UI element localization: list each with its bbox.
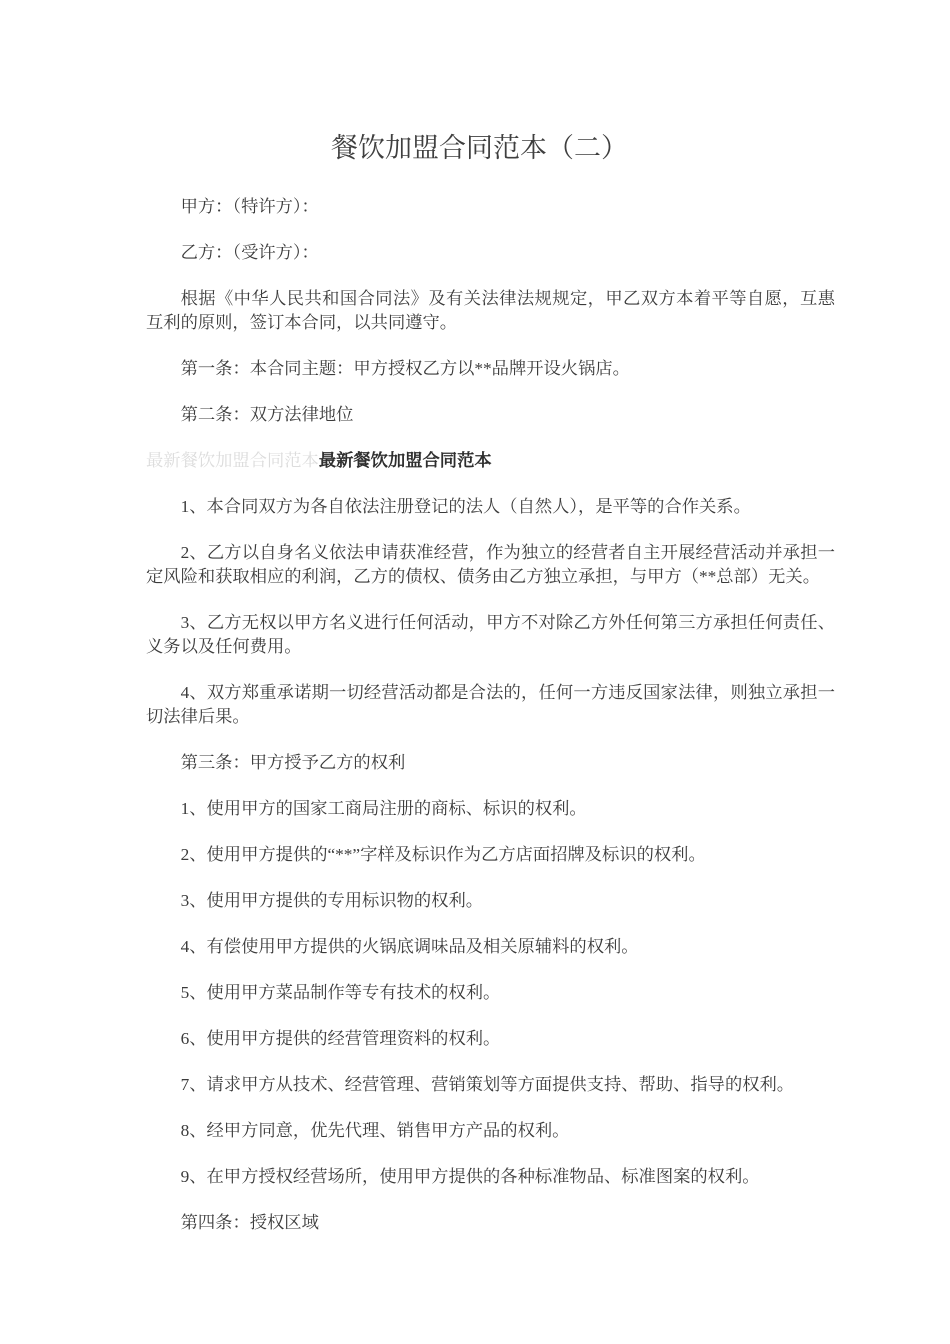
article-1-line: 第一条：本合同主题：甲方授权乙方以**品牌开设火锅店。 [146, 357, 835, 381]
document-content: 餐饮加盟合同范本（二） 甲方：（特许方）： 乙方：（受许方）： 根据《中华人民共… [0, 0, 950, 1235]
article-3-item-6: 6、使用甲方提供的经营管理资料的权利。 [146, 1027, 835, 1051]
contract-title: 餐饮加盟合同范本（二） [135, 131, 824, 166]
article-2-item-3: 3、乙方无权以甲方名义进行任何活动，甲方不对除乙方外任何第三方承担任何责任、义务… [146, 611, 835, 659]
article-3-item-4: 4、有偿使用甲方提供的火锅底调味品及相关原辅料的权利。 [146, 935, 835, 959]
document-page: 餐饮加盟合同范本（二） 甲方：（特许方）： 乙方：（受许方）： 根据《中华人民共… [0, 0, 950, 1344]
party-b-line: 乙方：（受许方）： [146, 241, 835, 265]
article-2-item-2: 2、乙方以自身名义依法申请获准经营，作为独立的经营者自主开展经营活动并承担一定风… [146, 541, 835, 589]
article-3-item-5: 5、使用甲方菜品制作等专有技术的权利。 [146, 981, 835, 1005]
watermark-subtitle-line: 最新餐饮加盟合同范本最新餐饮加盟合同范本 [146, 449, 835, 473]
article-3-item-7: 7、请求甲方从技术、经营管理、营销策划等方面提供支持、帮助、指导的权利。 [146, 1073, 835, 1097]
article-3-item-9: 9、在甲方授权经营场所，使用甲方提供的各种标准物品、标准图案的权利。 [146, 1165, 835, 1189]
article-3-item-8: 8、经甲方同意，优先代理、销售甲方产品的权利。 [146, 1119, 835, 1143]
article-2-item-1: 1、本合同双方为各自依法注册登记的法人（自然人），是平等的合作关系。 [146, 495, 835, 519]
article-3-heading: 第三条：甲方授予乙方的权利 [146, 751, 835, 775]
article-4-heading: 第四条：授权区域 [146, 1211, 835, 1235]
subtitle-bold-text: 最新餐饮加盟合同范本 [319, 451, 492, 470]
article-2-item-4: 4、双方郑重承诺期一切经营活动都是合法的，任何一方违反国家法律，则独立承担一切法… [146, 681, 835, 729]
article-2-heading: 第二条：双方法律地位 [146, 403, 835, 427]
watermark-ghost-text: 最新餐饮加盟合同范本 [146, 451, 319, 470]
article-3-item-3: 3、使用甲方提供的专用标识物的权利。 [146, 889, 835, 913]
article-3-item-2: 2、使用甲方提供的“**”字样及标识作为乙方店面招牌及标识的权利。 [146, 843, 835, 867]
party-a-line: 甲方：（特许方）： [146, 195, 835, 219]
preamble-paragraph: 根据《中华人民共和国合同法》及有关法律法规规定，甲乙双方本着平等自愿，互惠互利的… [146, 287, 835, 335]
article-3-item-1: 1、使用甲方的国家工商局注册的商标、标识的权利。 [146, 797, 835, 821]
